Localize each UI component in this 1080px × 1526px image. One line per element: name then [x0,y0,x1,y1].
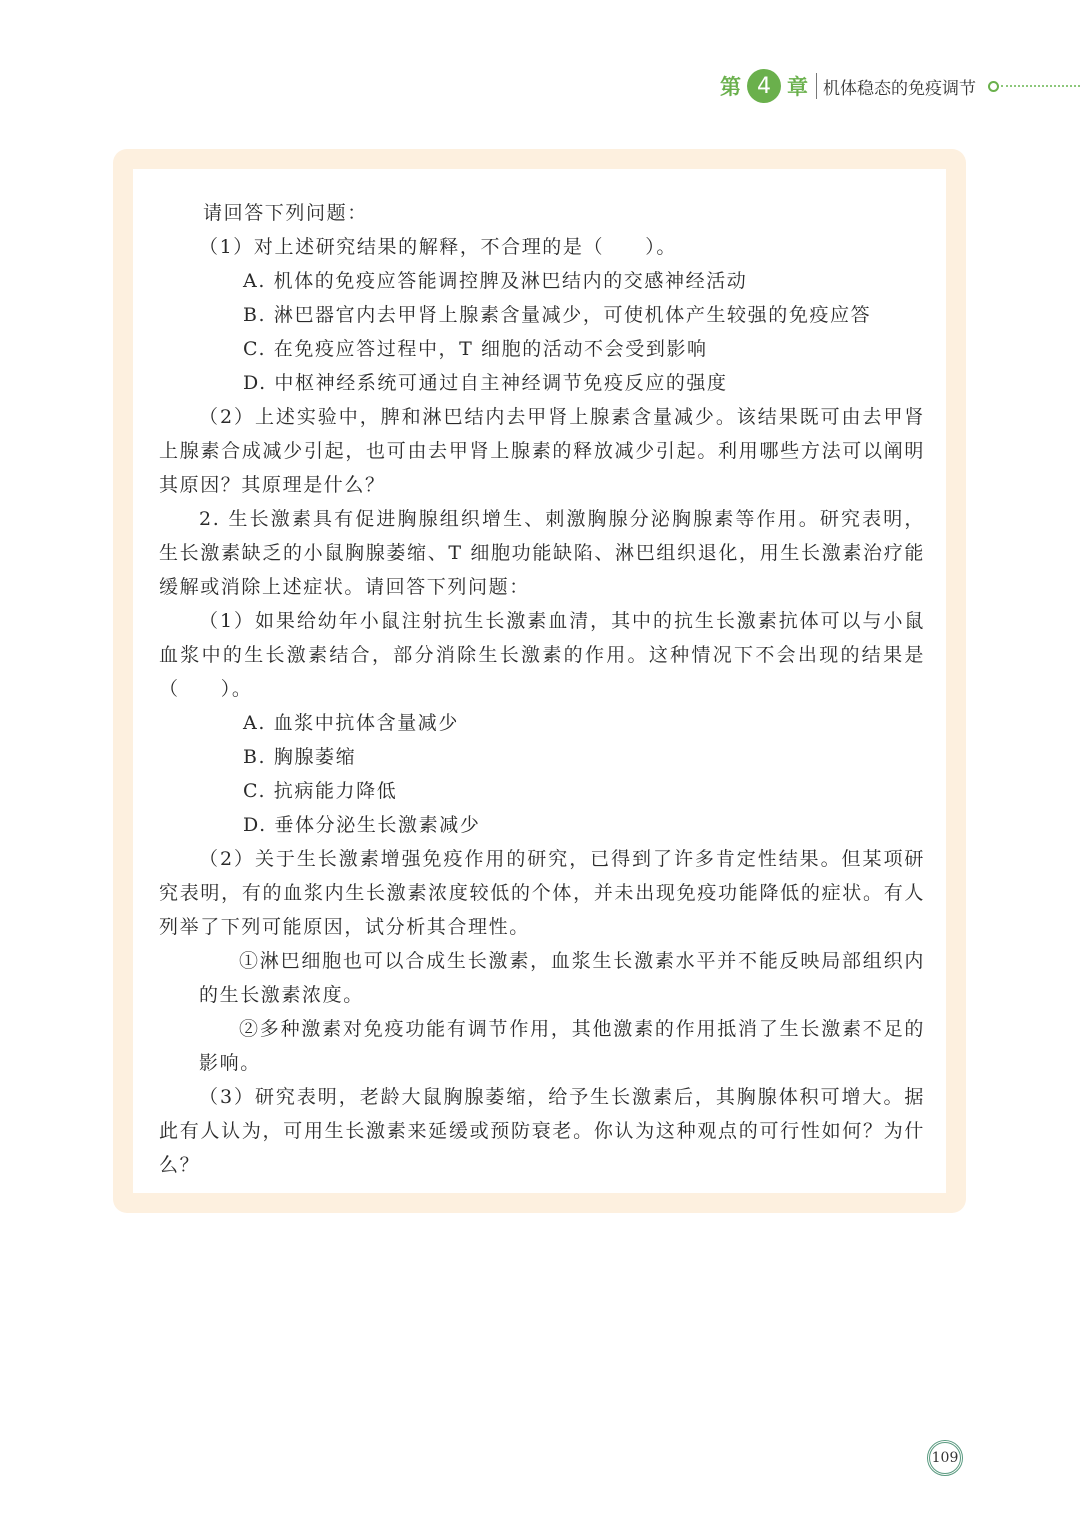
question-2-text: （2）上述实验中，脾和淋巴结内去甲肾上腺素含量减少。该结果既可由去甲肾上腺素合成… [159,400,925,502]
question-1-option-a: A. 机体的免疫应答能调控脾及淋巴结内的交感神经活动 [159,264,925,298]
header-dotted-line [1001,85,1080,87]
problem-2-q1-option-d: D. 垂体分泌生长激素减少 [159,808,925,842]
chapter-prefix: 第 [720,71,741,101]
exercise-content: 请回答下列问题： （1）对上述研究结果的解释，不合理的是（ ）。 A. 机体的免… [159,196,925,1182]
problem-2-intro: 2. 生长激素具有促进胸腺组织增生、刺激胸腺分泌胸腺素等作用。研究表明，生长激素… [159,502,925,604]
problem-2-q2-reason-1: ①淋巴细胞也可以合成生长激素，血浆生长激素水平并不能反映局部组织内的生长激素浓度… [159,944,925,1012]
problem-2-q1-stem: （1）如果给幼年小鼠注射抗生长激素血清，其中的抗生长激素抗体可以与小鼠血浆中的生… [159,604,925,706]
problem-2-q2-stem: （2）关于生长激素增强免疫作用的研究，已得到了许多肯定性结果。但某项研究表明，有… [159,842,925,944]
problem-2-q1-option-b: B. 胸腺萎缩 [159,740,925,774]
chapter-suffix: 章 [787,71,808,101]
page-number-badge: 109 [927,1440,963,1476]
problem-2-q3-text: （3）研究表明，老龄大鼠胸腺萎缩，给予生长激素后，其胸腺体积可增大。据此有人认为… [159,1080,925,1182]
problem-2-q2-reason-2: ②多种激素对免疫功能有调节作用，其他激素的作用抵消了生长激素不足的影响。 [159,1012,925,1080]
question-1-stem: （1）对上述研究结果的解释，不合理的是（ ）。 [159,230,925,264]
problem-2-q1-option-c: C. 抗病能力降低 [159,774,925,808]
header-dot-icon [988,81,999,92]
chapter-title: 机体稳态的免疫调节 [823,74,976,99]
chapter-header: 第 4 章 机体稳态的免疫调节 [720,66,1080,106]
header-divider [816,73,817,99]
problem-2-q1-option-a: A. 血浆中抗体含量减少 [159,706,925,740]
page-number: 109 [929,1442,961,1474]
question-1-option-c: C. 在免疫应答过程中，T 细胞的活动不会受到影响 [159,332,925,366]
intro-text: 请回答下列问题： [159,196,925,230]
chapter-number-badge: 4 [747,69,781,103]
question-1-option-d: D. 中枢神经系统可通过自主神经调节免疫反应的强度 [159,366,925,400]
question-1-option-b: B. 淋巴器官内去甲肾上腺素含量减少，可使机体产生较强的免疫应答 [159,298,925,332]
